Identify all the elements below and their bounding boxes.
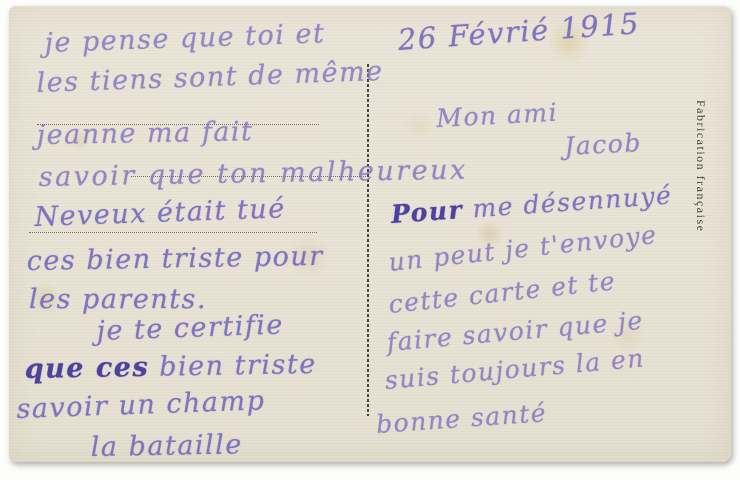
hw-right-3-text: me désennuyé [462,180,673,224]
hw-left-5-text: Neveux était tué [34,193,286,233]
hw-right-2: Jacob [564,130,643,159]
hw-right-3: Pour me désennuyé [390,182,673,227]
postcard: Fabrication française 26 Févrié 1915 je … [9,6,731,462]
hw-left-8-text: je te certifie [96,309,284,347]
hw-left-3-text: jeanne ma fait [36,116,253,151]
hw-left-10-text: savoir un champ [16,385,266,425]
postcard-scan: Fabrication française 26 Févrié 1915 je … [0,0,740,480]
hw-left-1-text: je pense que toi et [44,18,326,59]
hw-left-9: que ces bien triste [25,351,317,383]
date-handwritten: 26 Févrié 1915 [397,9,641,55]
hw-left-8: je te certifie [96,311,284,345]
hw-left-2-text: les tiens sont de même [36,56,384,99]
hw-right-4-text: un peut je t'envoye [387,220,659,277]
hw-right-4: un peut je t'envoye [387,222,658,275]
hw-left-6-text: ces bien triste pour [26,241,323,277]
hw-left-4-text: savoir que ton malheureux [38,155,467,193]
hw-left-5: Neveux était tué [34,195,286,231]
hw-right-1: Mon ami [436,100,559,131]
hw-right-3-bold: Pour [390,195,464,229]
hw-left-9-bold: que ces [24,352,149,385]
hw-left-7: les parents. [29,286,207,313]
divider-line [367,64,369,416]
hw-right-5: cette carte et te [387,268,617,317]
hw-left-1: je pense que toi et [44,20,326,57]
hw-left-10: savoir un champ [16,387,266,423]
hw-left-2: les tiens sont de même [36,58,384,97]
hw-right-8: bonne santé [375,400,548,437]
hw-left-6: ces bien triste pour [27,243,324,275]
hw-left-3: jeanne ma fait [37,118,254,149]
hw-right-1-text: Mon ami [436,98,559,133]
hw-left-9-text: bien triste [149,349,317,383]
hw-left-7-text: les parents. [29,284,207,315]
manufacturer-imprint: Fabrication française [693,100,708,270]
hw-right-8-text: bonne santé [375,398,548,439]
hw-left-11-text: la bataille [90,429,243,463]
address-dotted-line [29,232,317,233]
hw-right-2-text: Jacob [564,128,643,161]
date-text: 26 Févrié 1915 [397,6,641,57]
hw-left-11: la bataille [91,431,243,461]
hw-left-4: savoir que ton malheureux [39,157,468,191]
